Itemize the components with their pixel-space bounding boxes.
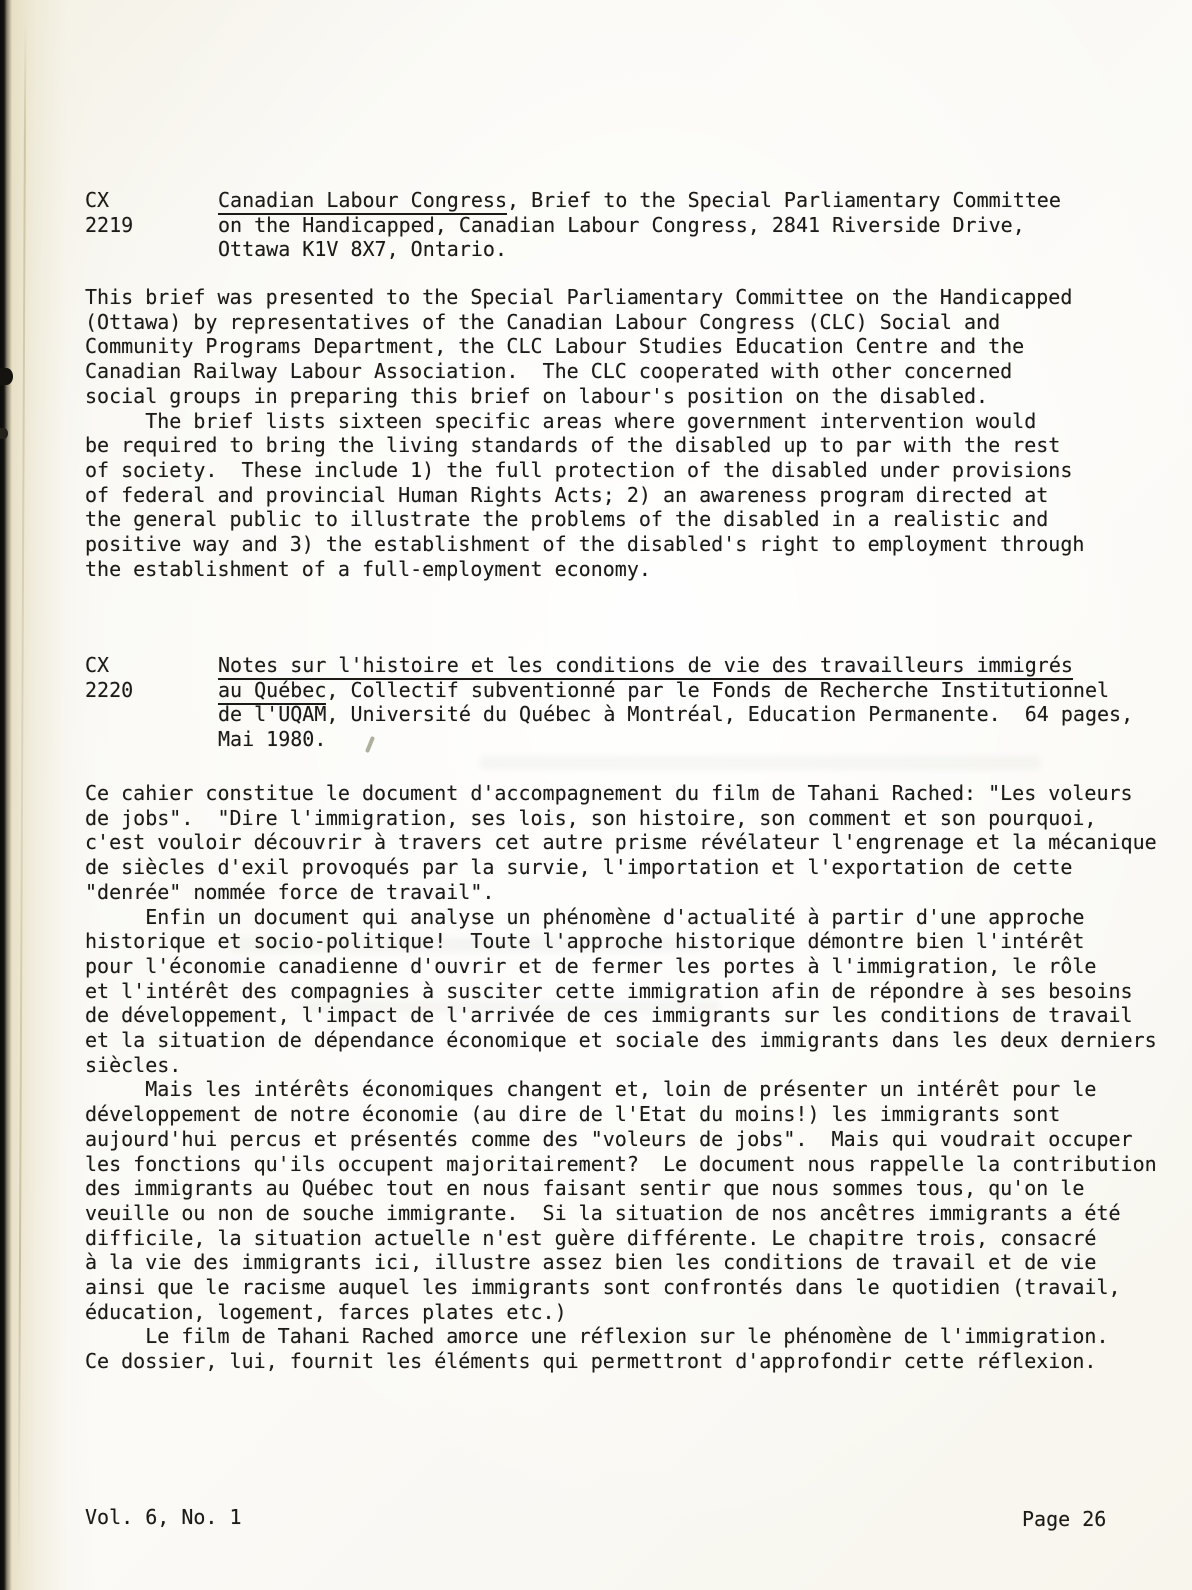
abstract-text-line: of federal and provincial Human Rights A… (85, 483, 1084, 508)
abstract-text-line: Ce cahier constitue le document d'accomp… (85, 781, 1157, 806)
abstract-text-line: Ce dossier, lui, fournit les éléments qu… (85, 1349, 1157, 1374)
abstract-text-line: Mais les intérêts économiques changent e… (85, 1077, 1157, 1102)
abstract-text-line: the general public to illustrate the pro… (85, 507, 1084, 532)
entry-cx2220-heading: CX 2220 Notes sur l'histoire et les cond… (85, 653, 1133, 752)
abstract-text-line: positive way and 3) the establishment of… (85, 532, 1084, 557)
scan-binding-edge (0, 0, 12, 1590)
citation-line: de l'UQAM, Université du Québec à Montré… (218, 702, 1133, 727)
abstract-text-line: Community Programs Department, the CLC L… (85, 334, 1084, 359)
abstract-text-line: c'est vouloir découvrir à travers cet au… (85, 830, 1157, 855)
citation-text: , Collectif subventionné par le Fonds de… (326, 678, 1109, 702)
citation-line: Canadian Labour Congress, Brief to the S… (218, 188, 1061, 213)
abstract-text-line: des immigrants au Québec tout en nous fa… (85, 1176, 1157, 1201)
abstract-text-line: de siècles d'exil provoqués par la survi… (85, 855, 1157, 880)
entry-citation: Notes sur l'histoire et les conditions d… (218, 653, 1133, 752)
abstract-text-line: développement de notre économie (au dire… (85, 1102, 1157, 1127)
citation-line: au Québec, Collectif subventionné par le… (218, 678, 1133, 703)
abstract-text-line: historique et socio-politique! Toute l'a… (85, 929, 1157, 954)
abstract-text-line: pour l'économie canadienne d'ouvrir et d… (85, 954, 1157, 979)
abstract-text-line: ainsi que le racisme auquel les immigran… (85, 1275, 1157, 1300)
abstract-text-line: of society. These include 1) the full pr… (85, 458, 1084, 483)
entry-cx2219-heading: CX 2219 Canadian Labour Congress, Brief … (85, 188, 1061, 262)
citation-text: de l'UQAM, Université du Québec à Montré… (218, 702, 1133, 726)
page-gutter-shading (0, 0, 95, 1590)
citation-text: , Brief to the Special Parliamentary Com… (507, 188, 1061, 212)
citation-text: on the Handicapped, Canadian Labour Cong… (218, 213, 1025, 237)
abstract-text-line: de développement, l'impact de l'arrivée … (85, 1003, 1157, 1028)
abstract-text-line: Le film de Tahani Rached amorce une réfl… (85, 1324, 1157, 1349)
citation-line: Ottawa K1V 8X7, Ontario. (218, 237, 1061, 262)
abstract-text-line: de jobs". "Dire l'immigration, ses lois,… (85, 806, 1157, 831)
abstract-text-line: veuille ou non de souche immigrante. Si … (85, 1201, 1157, 1226)
abstract-text-line: Canadian Railway Labour Association. The… (85, 359, 1084, 384)
abstract-text-line: siècles. (85, 1053, 1157, 1078)
footer-volume-label: Vol. 6, No. 1 (85, 1505, 242, 1530)
binding-notch-mark (0, 428, 8, 439)
citation-title-underlined: Canadian Labour Congress (218, 188, 507, 215)
entry-id-number: 2220 (85, 678, 218, 703)
abstract-text-line: difficile, la situation actuelle n'est g… (85, 1226, 1157, 1251)
abstract-text-line: Enfin un document qui analyse un phénomè… (85, 905, 1157, 930)
entry-id-number: 2219 (85, 213, 218, 238)
abstract-text-line: "denrée" nommée force de travail". (85, 880, 1157, 905)
abstract-text-line: éducation, logement, farces plates etc.) (85, 1300, 1157, 1325)
entry-cx2220-abstract: Ce cahier constitue le document d'accomp… (85, 781, 1157, 1374)
abstract-text-line: be required to bring the living standard… (85, 433, 1084, 458)
scanned-journal-page: CX 2219 Canadian Labour Congress, Brief … (0, 0, 1192, 1590)
abstract-text-line: les fonctions qu'ils occupent majoritair… (85, 1152, 1157, 1177)
citation-line: Mai 1980. (218, 727, 1133, 752)
entry-id-prefix: CX (85, 188, 218, 213)
citation-line: Notes sur l'histoire et les conditions d… (218, 653, 1133, 678)
abstract-text-line: This brief was presented to the Special … (85, 285, 1084, 310)
entry-id-column: CX 2220 (85, 653, 218, 752)
citation-title-underlined: au Québec (218, 678, 326, 705)
abstract-text-line: à la vie des immigrants ici, illustre as… (85, 1250, 1157, 1275)
citation-text: Mai 1980. (218, 727, 326, 751)
abstract-text-line: (Ottawa) by representatives of the Canad… (85, 310, 1084, 335)
abstract-text-line: The brief lists sixteen specific areas w… (85, 409, 1084, 434)
abstract-text-line: social groups in preparing this brief on… (85, 384, 1084, 409)
entry-id-prefix: CX (85, 653, 218, 678)
citation-title-underlined: Notes sur l'histoire et les conditions d… (218, 653, 1073, 680)
entry-id-column: CX 2219 (85, 188, 218, 262)
entry-citation: Canadian Labour Congress, Brief to the S… (218, 188, 1061, 262)
entry-cx2219-abstract: This brief was presented to the Special … (85, 285, 1084, 581)
abstract-text-line: aujourd'hui percus et présentés comme de… (85, 1127, 1157, 1152)
binding-notch-mark (0, 368, 13, 385)
abstract-text-line: et l'intérêt des compagnies à susciter c… (85, 979, 1157, 1004)
citation-text: Ottawa K1V 8X7, Ontario. (218, 237, 507, 261)
ink-bleedthrough-smudge (480, 756, 1040, 770)
footer-page-number: Page 26 (1022, 1507, 1106, 1532)
abstract-text-line: the establishment of a full-employment e… (85, 557, 1084, 582)
abstract-text-line: et la situation de dépendance économique… (85, 1028, 1157, 1053)
citation-line: on the Handicapped, Canadian Labour Cong… (218, 213, 1061, 238)
